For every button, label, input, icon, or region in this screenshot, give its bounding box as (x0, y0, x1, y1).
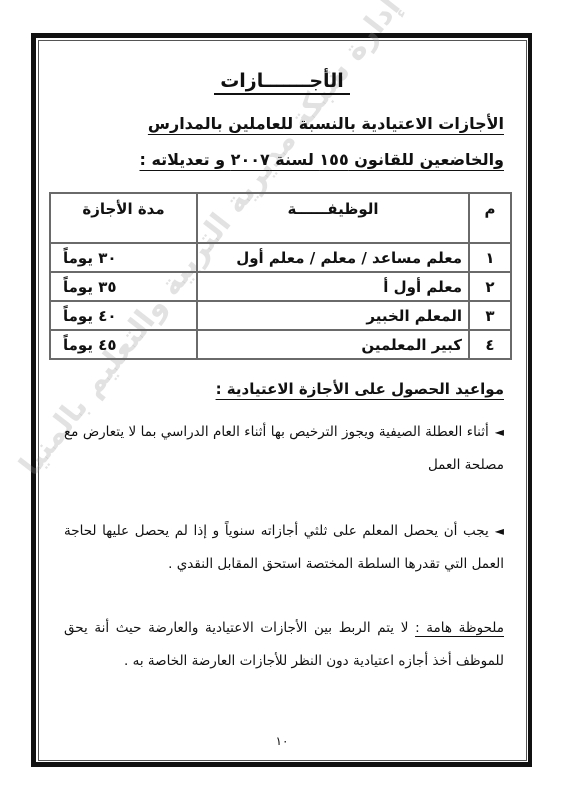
table-row: ١ معلم مساعد / معلم / معلم أول ٣٠ يوماً (50, 243, 511, 272)
row-number: ٣ (469, 301, 511, 330)
page-title: الأجـــــــازات (40, 70, 524, 92)
row-duration: ٤٥ يوماً (50, 330, 197, 359)
important-note: ملحوظة هامة : لا يتم الربط بين الأجازات … (64, 612, 504, 678)
section-heading: مواعيد الحصول على الأجازة الاعتيادية : (216, 380, 504, 398)
row-job: معلم مساعد / معلم / معلم أول (197, 243, 469, 272)
row-duration: ٣٥ يوماً (50, 272, 197, 301)
note-label: ملحوظة هامة : (415, 620, 504, 636)
row-number: ٢ (469, 272, 511, 301)
paragraph-1-text: أثناء العطلة الصيفية ويجوز الترخيص بها أ… (64, 424, 504, 473)
table-row: ٤ كبير المعلمين ٤٥ يوماً (50, 330, 511, 359)
header-duration: مدة الأجازة (50, 193, 197, 243)
header-number: م (469, 193, 511, 243)
subtitle-line-1: الأجازات الاعتيادية بالنسبة للعاملين بال… (148, 114, 504, 133)
row-job: المعلم الخبير (197, 301, 469, 330)
paragraph-2-text: يجب أن يحصل المعلم على ثلثي أجازاته سنوي… (64, 523, 504, 572)
bullet-arrow-icon: ◄ (495, 425, 504, 439)
row-job: معلم أول أ (197, 272, 469, 301)
row-number: ١ (469, 243, 511, 272)
paragraph-summer-leave: ◄أثناء العطلة الصيفية ويجوز الترخيص بها … (64, 416, 504, 482)
paragraph-two-thirds-rule: ◄يجب أن يحصل المعلم على ثلثي أجازاته سنو… (64, 515, 504, 581)
table-row: ٢ معلم أول أ ٣٥ يوماً (50, 272, 511, 301)
bullet-arrow-icon: ◄ (495, 524, 504, 538)
page-title-text: الأجـــــــازات (214, 70, 350, 95)
row-job: كبير المعلمين (197, 330, 469, 359)
subtitle-line-2: والخاضعين للقانون ١٥٥ لسنة ٢٠٠٧ و تعديلا… (139, 150, 504, 169)
row-duration: ٣٠ يوماً (50, 243, 197, 272)
document-page: الأجـــــــازات الأجازات الاعتيادية بالن… (40, 42, 524, 758)
header-job: الوظيفــــــة (197, 193, 469, 243)
table-header-row: م الوظيفــــــة مدة الأجازة (50, 193, 511, 243)
row-duration: ٤٠ يوماً (50, 301, 197, 330)
page-number: ١٠ (40, 734, 524, 748)
leave-duration-table: م الوظيفــــــة مدة الأجازة ١ معلم مساعد… (49, 192, 512, 360)
row-number: ٤ (469, 330, 511, 359)
table-row: ٣ المعلم الخبير ٤٠ يوماً (50, 301, 511, 330)
